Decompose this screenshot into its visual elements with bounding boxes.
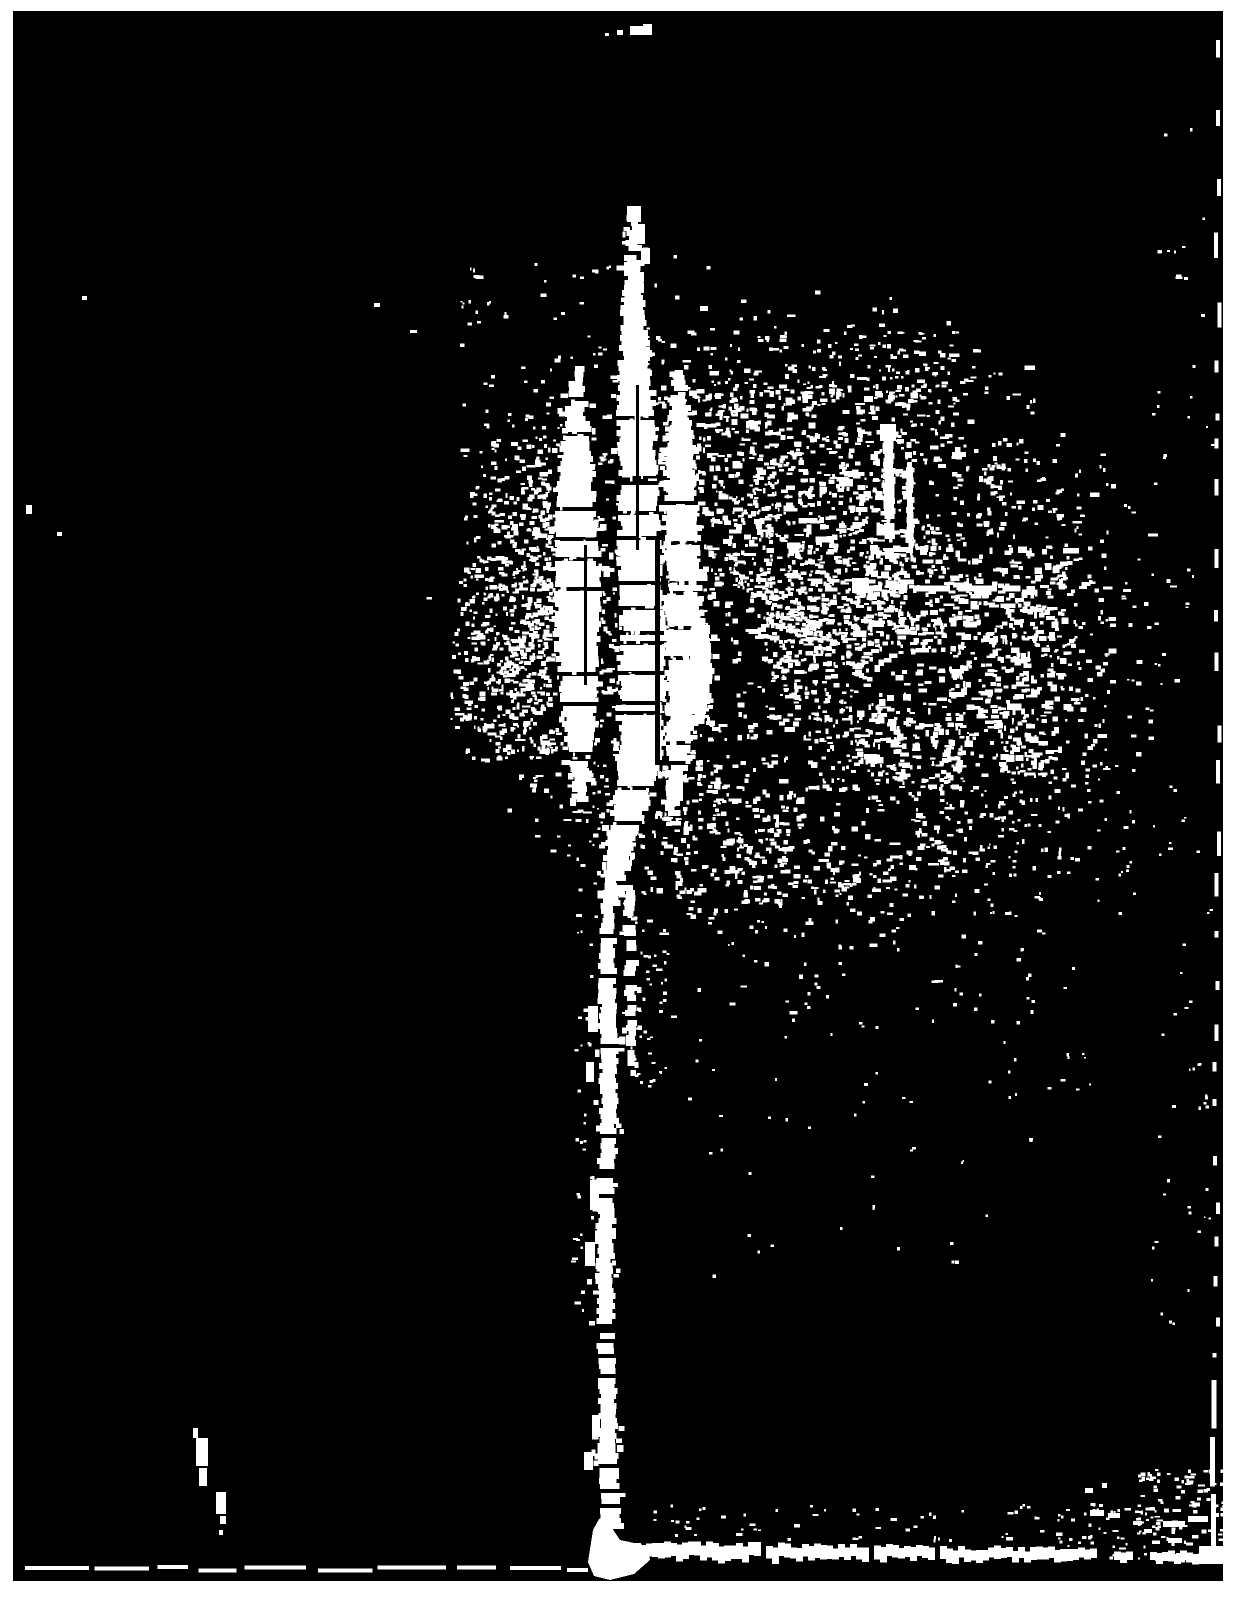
binarized-photo-canvas	[0, 0, 1240, 1600]
photo-frame	[0, 0, 1240, 1600]
